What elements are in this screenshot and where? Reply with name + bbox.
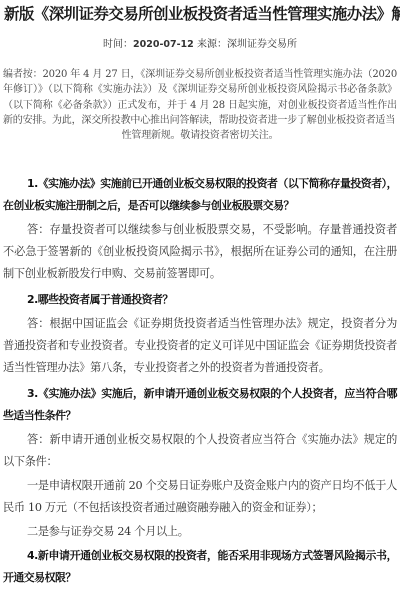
editor-note-last-line: 性管理新规。敬请投资者密切关注。 <box>3 128 397 143</box>
question-4: 4.新申请开通创业板交易权限的投资者，能否采用非现场方式签署风险揭示书，开通交易… <box>3 545 397 589</box>
source-label: 来源： <box>194 39 227 50</box>
article-meta: 时间：2020-07-12 来源：深圳证券交易所 <box>0 38 400 52</box>
answer-3-intro: 答：新申请开通创业板交易权限的个人投资者应当符合《实施办法》规定的以下条件： <box>3 429 397 473</box>
time-label: 时间： <box>103 39 133 50</box>
answer-3-condition-2: 二是参与证券交易 24 个月以上。 <box>3 521 397 543</box>
editor-note: 编者按：2020 年 4 月 27 日，《深圳证券交易所创业板投资者适当性管理实… <box>3 67 397 143</box>
editor-note-body: 编者按：2020 年 4 月 27 日，《深圳证券交易所创业板投资者适当性管理实… <box>3 69 397 126</box>
question-2: 2.哪些投资者属于普通投资者？ <box>3 289 397 311</box>
article-title: 新版《深圳证券交易所创业板投资者适当性管理实施办法》解读 <box>4 4 400 24</box>
answer-2: 答：根据中国证监会《证券期货投资者适当性管理办法》规定，投资者分为普通投资者和专… <box>3 313 397 379</box>
article-page: 新版《深圳证券交易所创业板投资者适当性管理实施办法》解读 时间：2020-07-… <box>0 0 400 598</box>
publish-date: 2020-07-12 <box>133 39 194 50</box>
question-1: 1.《实施办法》实施前已开通创业板交易权限的投资者（以下简称存量投资者），在创业… <box>3 173 397 217</box>
answer-3-condition-1: 一是申请权限开通前 20 个交易日证券账户及资金账户内的资产日均不低于人民币 1… <box>3 475 397 519</box>
answer-1: 答：存量投资者可以继续参与创业板股票交易，不受影响。存量普通投资者不必急于签署新… <box>3 219 397 285</box>
source-name: 深圳证券交易所 <box>227 39 297 50</box>
question-3: 3.《实施办法》实施后，新申请开通创业板交易权限的个人投资者，应当符合哪些适当性… <box>3 383 397 427</box>
